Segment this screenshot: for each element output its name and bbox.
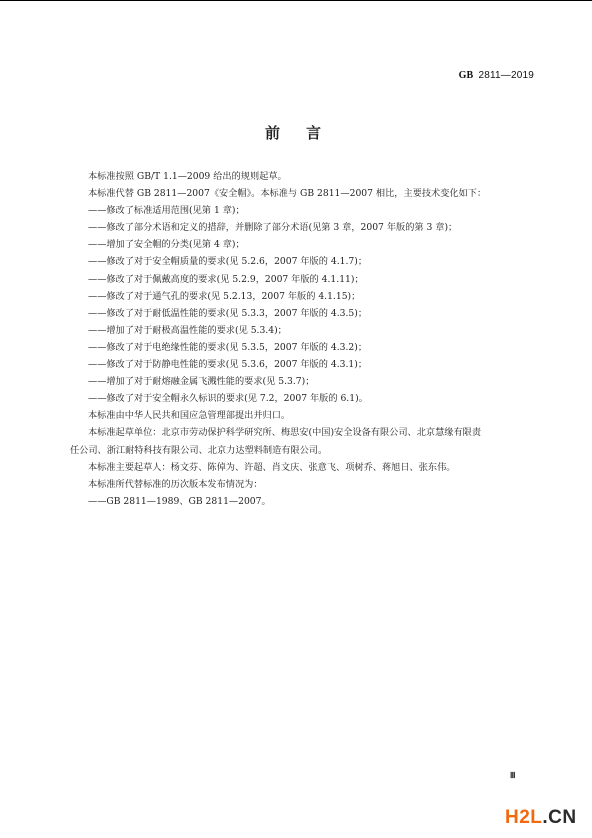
page-number: Ⅲ — [510, 771, 516, 780]
list-item: ——修改了对于佩戴高度的要求(见 5.2.9，2007 年版的 4.1.11)； — [88, 271, 508, 288]
list-item: ——增加了对于耐熔融金属飞溅性能的要求(见 5.3.7)； — [88, 373, 508, 390]
list-item: ——修改了对于电绝缘性能的要求(见 5.3.5，2007 年版的 4.3.2)； — [88, 339, 508, 356]
list-item: ——GB 2811—1989、GB 2811—2007。 — [88, 493, 508, 510]
document-body: 本标准按照 GB/T 1.1—2009 给出的规则起草。 本标准代替 GB 28… — [88, 168, 508, 510]
list-item: ——修改了对于安全帽永久标识的要求(见 7.2，2007 年版的 6.1)。 — [88, 390, 508, 407]
paragraph: 本标准起草单位：北京市劳动保护科学研究所、梅思安(中国)安全设备有限公司、北京慧… — [88, 424, 508, 441]
list-item: ——增加了对于耐极高温性能的要求(见 5.3.4)； — [88, 322, 508, 339]
paragraph: 本标准由中华人民共和国应急管理部提出并归口。 — [88, 407, 508, 424]
page-title: 前言 — [0, 122, 592, 143]
standard-number: GB2811—2019 — [459, 70, 534, 81]
watermark-text-cn: .CN — [542, 807, 576, 828]
watermark-logo: H2L.CN — [505, 807, 577, 829]
paragraph-continuation: 任公司、浙江耐特科技有限公司、北京力达塑料制造有限公司。 — [70, 442, 508, 459]
watermark-text-h2l: H2L — [505, 807, 542, 828]
paragraph: 本标准所代替标准的历次版本发布情况为： — [88, 476, 508, 493]
standard-code: 2811—2019 — [478, 70, 534, 81]
paragraph: 本标准主要起草人：杨文芬、陈倬为、许超、肖文庆、张意飞、项树乔、蒋旭日、张东伟。 — [88, 459, 508, 476]
paragraph: 本标准按照 GB/T 1.1—2009 给出的规则起草。 — [88, 168, 508, 185]
standard-prefix: GB — [459, 70, 474, 81]
list-item: ——修改了标准适用范围(见第 1 章)； — [88, 202, 508, 219]
list-item: ——修改了对于耐低温性能的要求(见 5.3.3，2007 年版的 4.3.5)； — [88, 305, 508, 322]
list-item: ——修改了对于通气孔的要求(见 5.2.13，2007 年版的 4.1.15)； — [88, 288, 508, 305]
list-item: ——增加了安全帽的分类(见第 4 章)； — [88, 236, 508, 253]
top-border — [0, 0, 592, 1]
paragraph: 本标准代替 GB 2811—2007《安全帽》。本标准与 GB 2811—200… — [88, 185, 508, 202]
list-item: ——修改了对于防静电性能的要求(见 5.3.6，2007 年版的 4.3.1)； — [88, 356, 508, 373]
list-item: ——修改了对于安全帽质量的要求(见 5.2.6，2007 年版的 4.1.7)； — [88, 253, 508, 270]
list-item: ——修改了部分术语和定义的措辞，并删除了部分术语(见第 3 章，2007 年版的… — [88, 219, 508, 236]
